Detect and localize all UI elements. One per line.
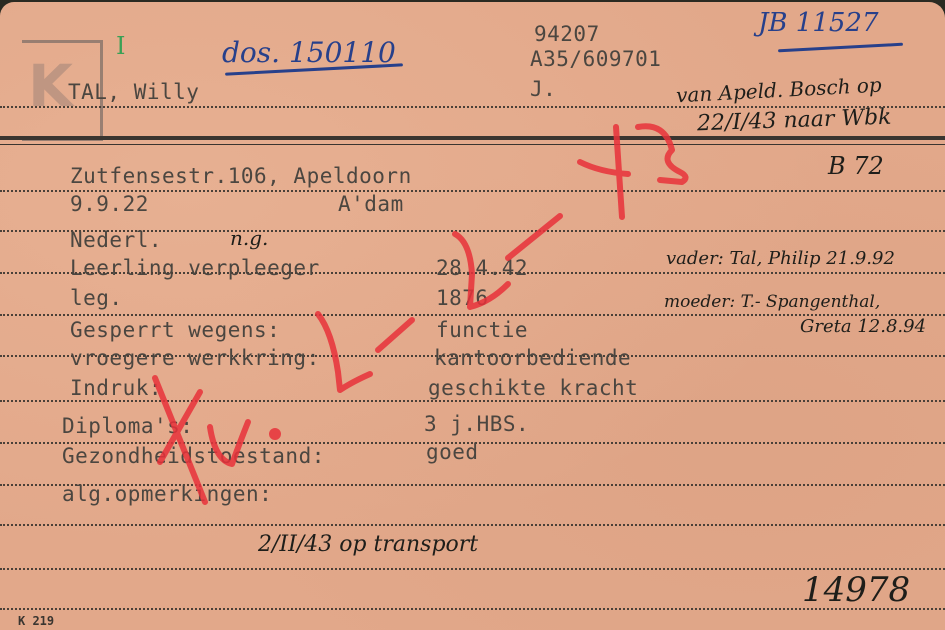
birthplace-value: A'dam xyxy=(338,192,404,216)
k-stamp: K xyxy=(28,52,73,120)
serial-number: 94207 xyxy=(534,22,600,46)
jb-number: JB 11527 xyxy=(758,8,879,38)
roman-numeral-mark: I xyxy=(116,32,125,60)
category-mark: J. xyxy=(530,77,556,101)
card-number: 14978 xyxy=(802,570,910,610)
previous-work-label: vroegere werkkring: xyxy=(70,346,320,370)
health-value: goed xyxy=(426,440,479,464)
remarks-label: alg.opmerkingen: xyxy=(62,482,272,506)
health-label: Gezondheidstoestand: xyxy=(62,444,325,468)
previous-work-value: kantoorbediende xyxy=(434,346,631,370)
dotted-rule xyxy=(0,400,945,402)
impression-label: Indruk: xyxy=(70,376,162,400)
transport-note: 2/II/43 op transport xyxy=(258,532,478,557)
mother-note-line2: Greta 12.8.94 xyxy=(800,316,926,337)
birthdate-value: 9.9.22 xyxy=(70,192,149,216)
transfer-note-line1: van Apeld. Bosch op xyxy=(676,73,883,108)
leg-value: 1876 xyxy=(436,286,489,310)
person-name: TAL, Willy xyxy=(68,80,199,104)
nationality-value: Nederl. xyxy=(70,228,162,252)
gesperrt-label: Gesperrt wegens: xyxy=(70,318,280,342)
reference-number: A35/609701 xyxy=(530,47,661,71)
registration-card: K I dos. 150110 94207 A35/609701 J. JB 1… xyxy=(0,2,945,630)
diplomas-value: 3 j.HBS. xyxy=(424,412,529,436)
transfer-note-line2: 22/I/43 naar Wbk xyxy=(697,105,892,137)
mother-note-line1: moeder: T.- Spangenthal, xyxy=(664,292,880,312)
form-code: K 219 xyxy=(18,614,54,628)
address-value: Zutfensestr.106, Apeldoorn xyxy=(70,164,412,188)
dotted-rule xyxy=(0,608,945,610)
dotted-rule xyxy=(0,272,945,274)
header-divider-thin xyxy=(0,144,945,145)
dotted-rule xyxy=(0,106,945,108)
occupation-label: Leerling verpleeger xyxy=(70,256,320,280)
occupation-date: 28.4.42 xyxy=(436,256,528,280)
father-note: vader: Tal, Philip 21.9.92 xyxy=(666,248,895,269)
diplomas-label: Diploma's: xyxy=(62,414,193,438)
block-code: B 72 xyxy=(828,152,884,180)
dotted-rule xyxy=(0,524,945,526)
leg-label: leg. xyxy=(70,286,123,310)
gesperrt-value: functie xyxy=(436,318,528,342)
nationality-annotation: n.g. xyxy=(230,226,268,250)
header-divider xyxy=(0,136,945,140)
impression-value: geschikte kracht xyxy=(428,376,638,400)
jb-underline xyxy=(778,43,903,53)
